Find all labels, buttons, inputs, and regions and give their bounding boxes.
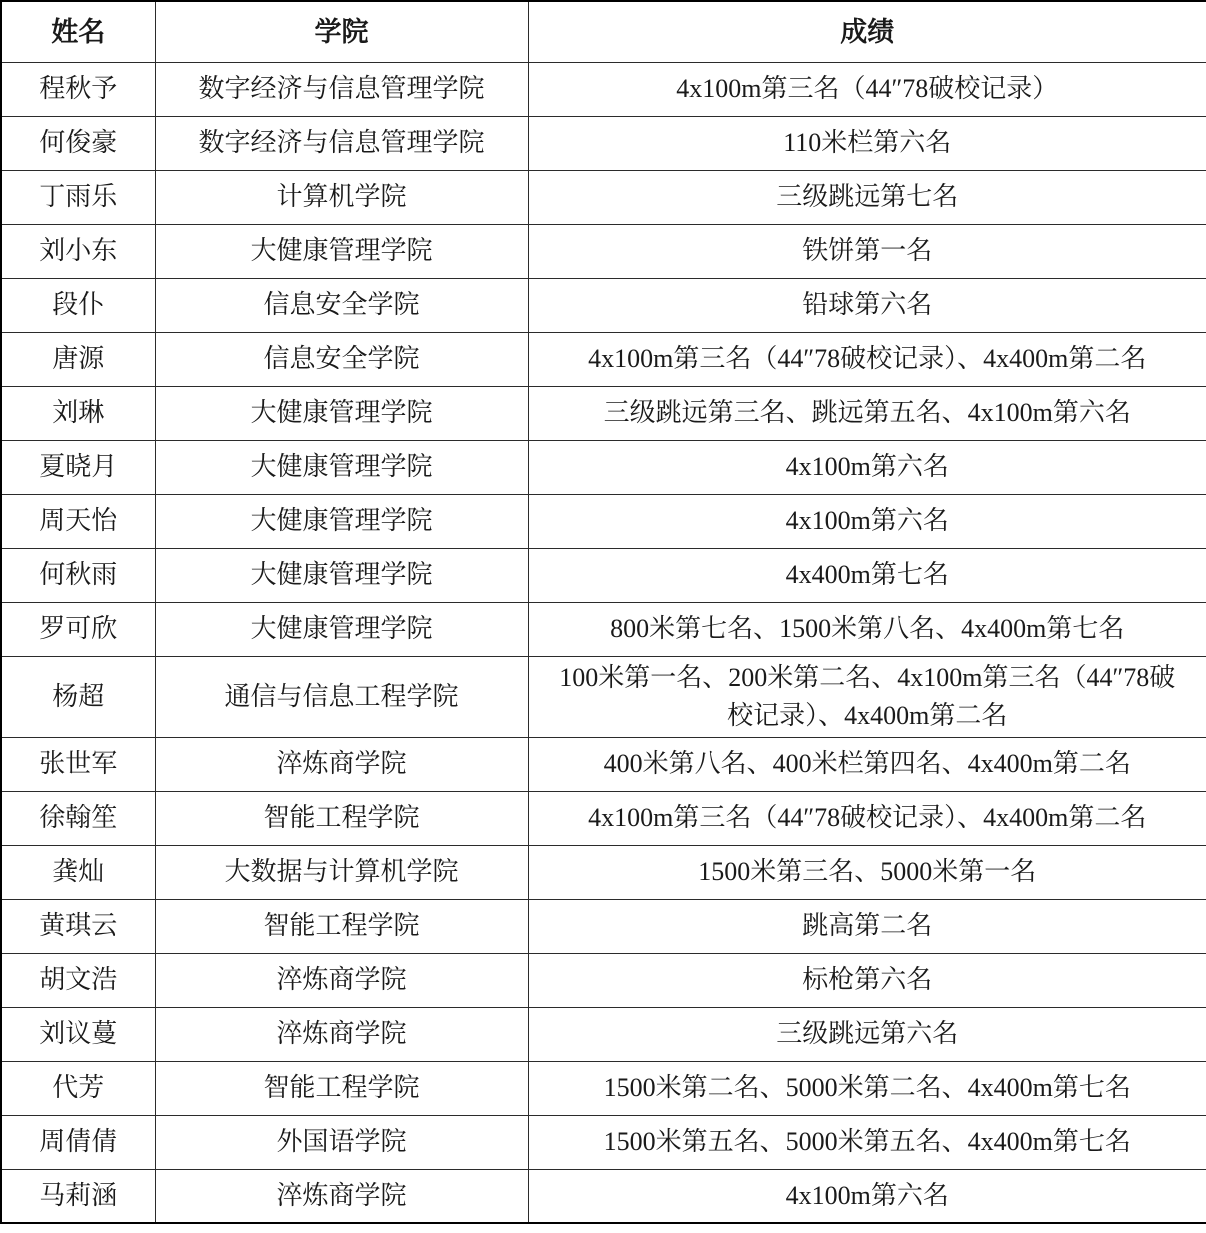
name-cell: 丁雨乐 — [1, 170, 155, 224]
name-cell: 刘小东 — [1, 224, 155, 278]
result-cell: 110米栏第六名 — [528, 116, 1206, 170]
name-cell: 杨超 — [1, 656, 155, 737]
header-college: 学院 — [155, 1, 528, 62]
result-cell: 1500米第二名、5000米第二名、4x400m第七名 — [528, 1061, 1206, 1115]
college-cell: 数字经济与信息管理学院 — [155, 116, 528, 170]
name-cell: 周天怡 — [1, 494, 155, 548]
table-row: 杨超通信与信息工程学院100米第一名、200米第二名、4x100m第三名（44″… — [1, 656, 1206, 737]
result-cell: 1500米第五名、5000米第五名、4x400m第七名 — [528, 1115, 1206, 1169]
table-row: 刘小东大健康管理学院铁饼第一名 — [1, 224, 1206, 278]
result-cell: 4x100m第三名（44″78破校记录）、4x400m第二名 — [528, 791, 1206, 845]
name-cell: 罗可欣 — [1, 602, 155, 656]
result-cell: 标枪第六名 — [528, 953, 1206, 1007]
name-cell: 程秋予 — [1, 62, 155, 116]
college-cell: 大数据与计算机学院 — [155, 845, 528, 899]
result-cell: 100米第一名、200米第二名、4x100m第三名（44″78破校记录）、4x4… — [528, 656, 1206, 737]
college-cell: 大健康管理学院 — [155, 224, 528, 278]
name-cell: 代芳 — [1, 1061, 155, 1115]
name-cell: 马莉涵 — [1, 1169, 155, 1223]
result-cell: 三级跳远第三名、跳远第五名、4x100m第六名 — [528, 386, 1206, 440]
college-cell: 大健康管理学院 — [155, 440, 528, 494]
name-cell: 龚灿 — [1, 845, 155, 899]
result-cell: 4x400m第七名 — [528, 548, 1206, 602]
result-cell: 铁饼第一名 — [528, 224, 1206, 278]
result-cell: 跳高第二名 — [528, 899, 1206, 953]
college-cell: 淬炼商学院 — [155, 737, 528, 791]
name-cell: 徐翰笙 — [1, 791, 155, 845]
result-cell: 4x100m第六名 — [528, 1169, 1206, 1223]
header-result: 成绩 — [528, 1, 1206, 62]
table-row: 唐源信息安全学院4x100m第三名（44″78破校记录）、4x400m第二名 — [1, 332, 1206, 386]
result-cell: 1500米第三名、5000米第一名 — [528, 845, 1206, 899]
college-cell: 信息安全学院 — [155, 278, 528, 332]
result-cell: 三级跳远第七名 — [528, 170, 1206, 224]
table-row: 程秋予数字经济与信息管理学院4x100m第三名（44″78破校记录） — [1, 62, 1206, 116]
result-cell: 4x100m第三名（44″78破校记录）、4x400m第二名 — [528, 332, 1206, 386]
table-row: 何俊豪数字经济与信息管理学院110米栏第六名 — [1, 116, 1206, 170]
table-row: 罗可欣大健康管理学院800米第七名、1500米第八名、4x400m第七名 — [1, 602, 1206, 656]
college-cell: 智能工程学院 — [155, 791, 528, 845]
name-cell: 何秋雨 — [1, 548, 155, 602]
college-cell: 通信与信息工程学院 — [155, 656, 528, 737]
name-cell: 夏晓月 — [1, 440, 155, 494]
table-row: 周倩倩外国语学院1500米第五名、5000米第五名、4x400m第七名 — [1, 1115, 1206, 1169]
table-row: 刘议蔓淬炼商学院三级跳远第六名 — [1, 1007, 1206, 1061]
result-cell: 4x100m第三名（44″78破校记录） — [528, 62, 1206, 116]
college-cell: 计算机学院 — [155, 170, 528, 224]
table-row: 马莉涵淬炼商学院4x100m第六名 — [1, 1169, 1206, 1223]
table-row: 周天怡大健康管理学院4x100m第六名 — [1, 494, 1206, 548]
college-cell: 智能工程学院 — [155, 899, 528, 953]
name-cell: 黄琪云 — [1, 899, 155, 953]
college-cell: 数字经济与信息管理学院 — [155, 62, 528, 116]
name-cell: 张世军 — [1, 737, 155, 791]
table-row: 丁雨乐计算机学院三级跳远第七名 — [1, 170, 1206, 224]
table-row: 刘琳大健康管理学院三级跳远第三名、跳远第五名、4x100m第六名 — [1, 386, 1206, 440]
result-cell: 800米第七名、1500米第八名、4x400m第七名 — [528, 602, 1206, 656]
name-cell: 刘琳 — [1, 386, 155, 440]
result-cell: 铅球第六名 — [528, 278, 1206, 332]
result-cell: 4x100m第六名 — [528, 440, 1206, 494]
name-cell: 唐源 — [1, 332, 155, 386]
result-cell: 三级跳远第六名 — [528, 1007, 1206, 1061]
name-cell: 段仆 — [1, 278, 155, 332]
table-row: 黄琪云智能工程学院跳高第二名 — [1, 899, 1206, 953]
table-header: 姓名 学院 成绩 — [1, 1, 1206, 62]
table-row: 胡文浩淬炼商学院标枪第六名 — [1, 953, 1206, 1007]
name-cell: 何俊豪 — [1, 116, 155, 170]
college-cell: 大健康管理学院 — [155, 386, 528, 440]
college-cell: 大健康管理学院 — [155, 602, 528, 656]
college-cell: 大健康管理学院 — [155, 494, 528, 548]
name-cell: 刘议蔓 — [1, 1007, 155, 1061]
college-cell: 淬炼商学院 — [155, 953, 528, 1007]
college-cell: 大健康管理学院 — [155, 548, 528, 602]
header-name: 姓名 — [1, 1, 155, 62]
results-table: 姓名 学院 成绩 程秋予数字经济与信息管理学院4x100m第三名（44″78破校… — [0, 0, 1206, 1224]
college-cell: 淬炼商学院 — [155, 1007, 528, 1061]
result-cell: 4x100m第六名 — [528, 494, 1206, 548]
college-cell: 信息安全学院 — [155, 332, 528, 386]
college-cell: 智能工程学院 — [155, 1061, 528, 1115]
name-cell: 周倩倩 — [1, 1115, 155, 1169]
result-cell: 400米第八名、400米栏第四名、4x400m第二名 — [528, 737, 1206, 791]
college-cell: 淬炼商学院 — [155, 1169, 528, 1223]
header-row: 姓名 学院 成绩 — [1, 1, 1206, 62]
table-row: 夏晓月大健康管理学院4x100m第六名 — [1, 440, 1206, 494]
table-row: 徐翰笙智能工程学院4x100m第三名（44″78破校记录）、4x400m第二名 — [1, 791, 1206, 845]
table-row: 段仆信息安全学院铅球第六名 — [1, 278, 1206, 332]
table-row: 代芳智能工程学院1500米第二名、5000米第二名、4x400m第七名 — [1, 1061, 1206, 1115]
college-cell: 外国语学院 — [155, 1115, 528, 1169]
name-cell: 胡文浩 — [1, 953, 155, 1007]
table-row: 龚灿大数据与计算机学院1500米第三名、5000米第一名 — [1, 845, 1206, 899]
table-row: 张世军淬炼商学院400米第八名、400米栏第四名、4x400m第二名 — [1, 737, 1206, 791]
table-body: 程秋予数字经济与信息管理学院4x100m第三名（44″78破校记录）何俊豪数字经… — [1, 62, 1206, 1223]
table-row: 何秋雨大健康管理学院4x400m第七名 — [1, 548, 1206, 602]
